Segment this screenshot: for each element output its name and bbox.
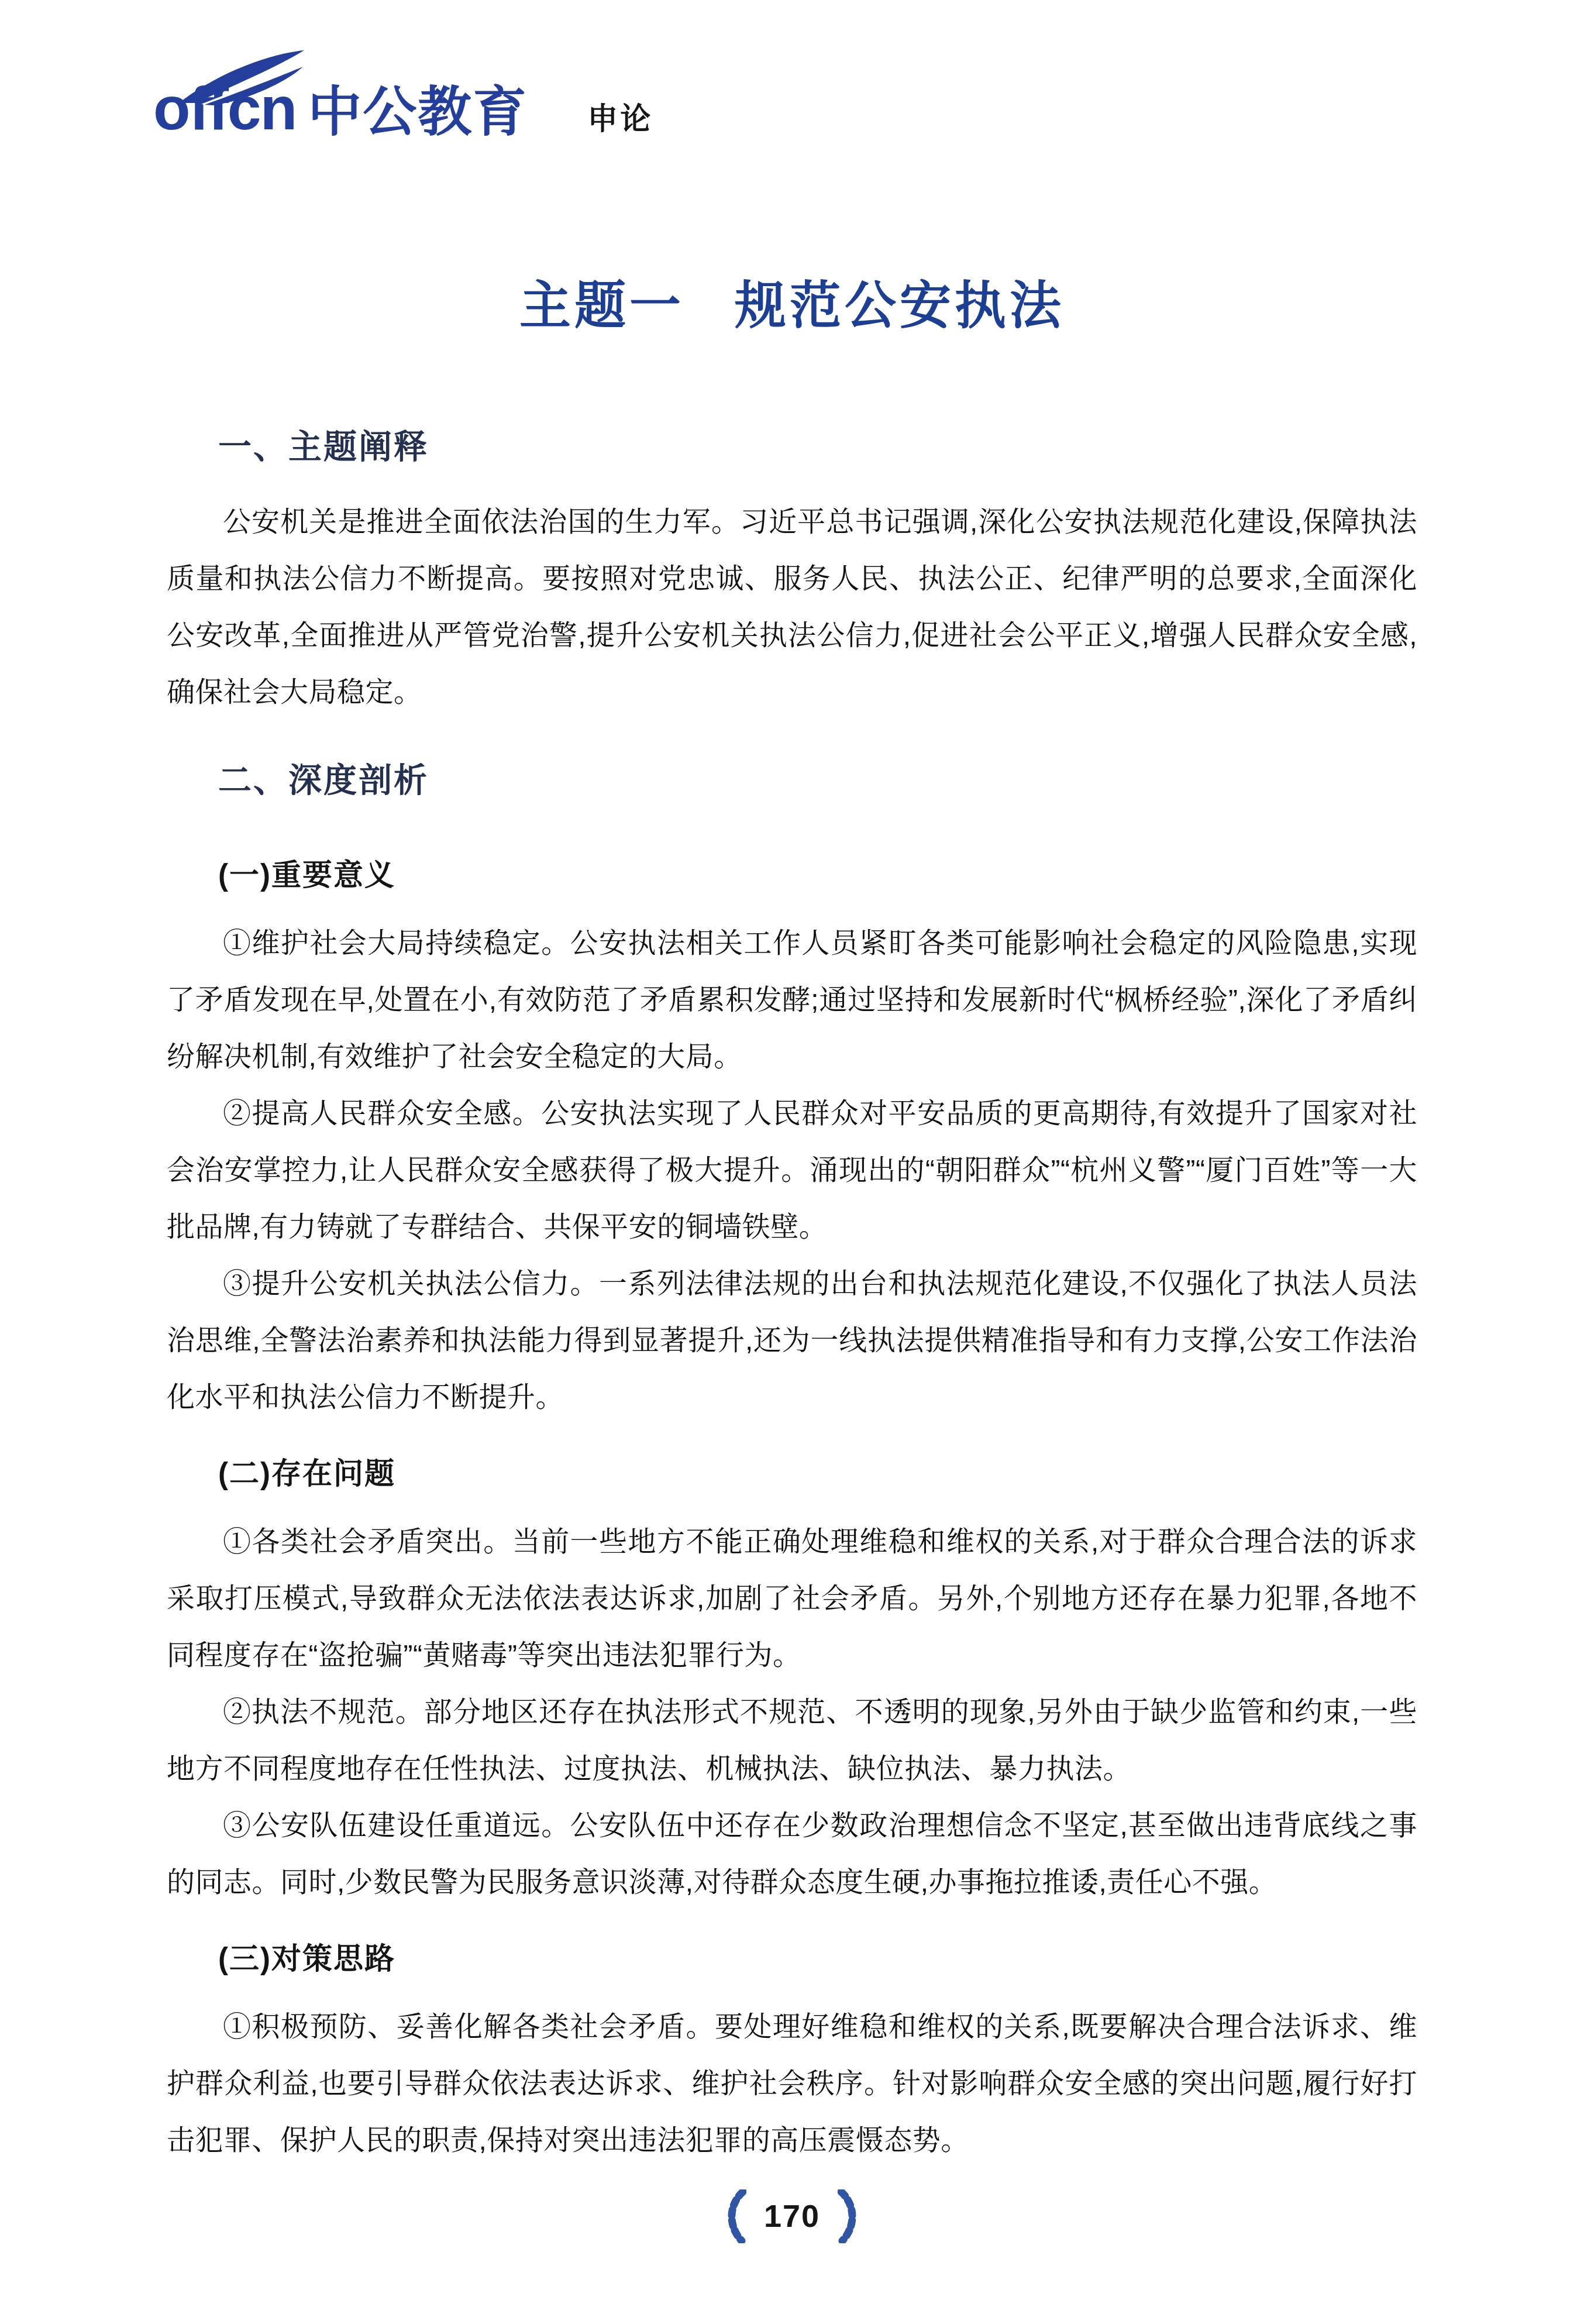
paragraph: ①维护社会大局持续稳定。公安执法相关工作人员紧盯各类可能影响社会稳定的风险隐患,… [167,915,1417,1085]
page-title-number: 主题一 [519,276,684,334]
paragraph: 公安机关是推进全面依法治国的生力军。习近平总书记强调,深化公安执法规范化建设,保… [167,494,1417,721]
section-heading-2: 二、深度剖析 [218,721,1417,827]
page-footer: 170 [0,2189,1584,2243]
page-title: 主题一规范公安执法 [0,264,1584,338]
brand-name: 中公教育 [308,85,528,139]
subsection-heading-strategies: (三)对策思路 [218,1911,1417,1999]
document-page: offcn 中公教育 申论 主题一规范公安执法 一、主题阐释 公安机关是推进全面… [0,0,1584,2324]
page-number: 170 [764,2198,820,2234]
paragraph: ③提升公安机关执法公信力。一系列法律法规的出台和执法规范化建设,不仅强化了执法人… [167,1256,1417,1426]
paragraph: ②提高人民群众安全感。公安执法实现了人民群众对平安品质的更高期待,有效提升了国家… [167,1085,1417,1256]
laurel-left-icon [722,2189,746,2243]
paragraph: ③公安队伍建设任重道远。公安队伍中还存在少数政治理想信念不坚定,甚至做出违背底线… [167,1797,1417,1911]
laurel-right-icon [838,2189,862,2243]
logo-swoosh-icon [178,49,312,105]
subject-label: 申论 [587,104,653,135]
subsection-heading-problems: (二)存在问题 [218,1426,1417,1514]
paragraph: ①各类社会矛盾突出。当前一些地方不能正确处理维稳和维权的关系,对于群众合理合法的… [167,1514,1417,1684]
paragraph: ②执法不规范。部分地区还存在执法形式不规范、不透明的现象,另外由于缺少监管和约束… [167,1684,1417,1797]
paragraph: ①积极预防、妥善化解各类社会矛盾。要处理好维稳和维权的关系,既要解决合理合法诉求… [167,1999,1417,2169]
subsection-heading-significance: (一)重要意义 [218,827,1417,915]
brand-logo: offcn [153,56,296,139]
page-title-text: 规范公安执法 [735,276,1065,334]
main-content: 一、主题阐释 公安机关是推进全面依法治国的生力军。习近平总书记强调,深化公安执法… [167,410,1417,2169]
section-heading-1: 一、主题阐释 [218,410,1417,494]
brand-bar: offcn 中公教育 申论 [153,56,653,139]
